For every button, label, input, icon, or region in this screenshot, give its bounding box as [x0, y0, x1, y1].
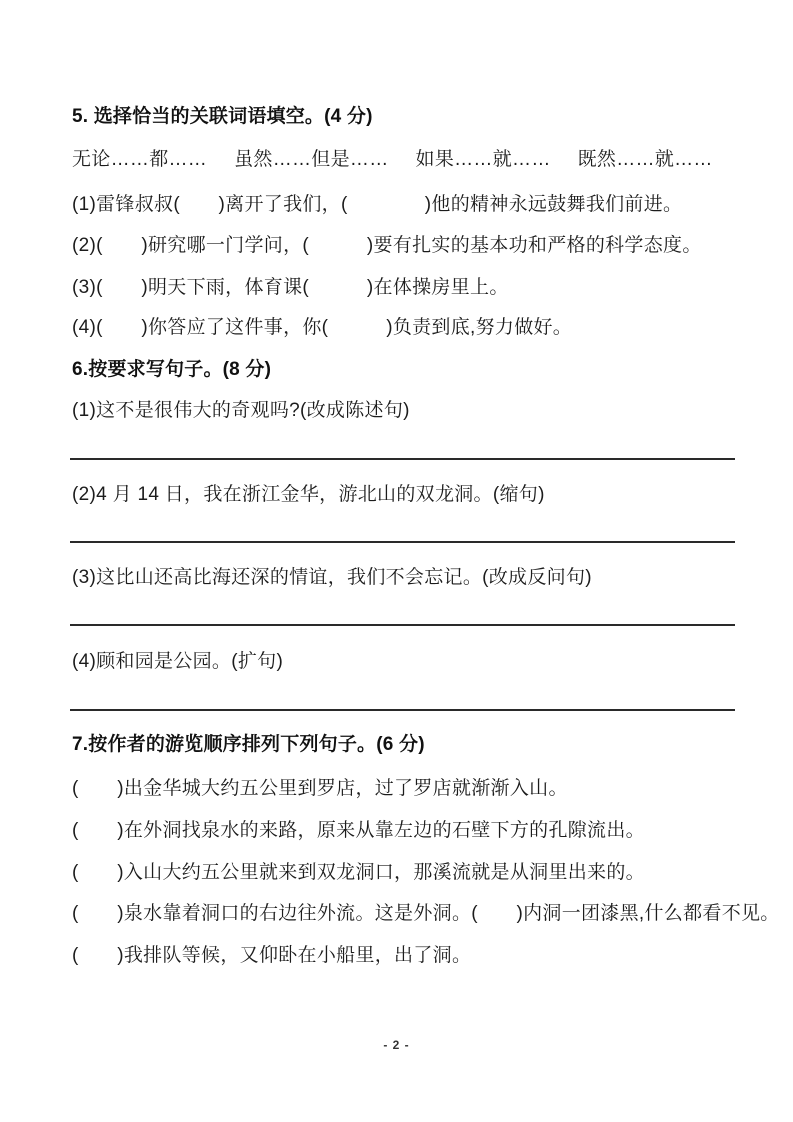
q6-item-2: (2)4 月 14 日，我在浙江金华，游北山的双龙洞。(缩句) — [72, 482, 545, 508]
answer-line-1 — [70, 458, 735, 460]
q7-item-1: ( )出金华城大约五公里到罗店，过了罗店就渐渐入山。 — [72, 776, 568, 802]
q5-item-4: (4)( )你答应了这件事，你( )负责到底,努力做好。 — [72, 315, 572, 341]
q7-item-5: ( )我排队等候，又仰卧在小船里，出了洞。 — [72, 943, 471, 969]
q5-item-2: (2)( )研究哪一门学问，( )要有扎实的基本功和严格的科学态度。 — [72, 233, 702, 259]
q5-word-bank: 无论……都…… 虽然……但是…… 如果……就…… 既然……就…… — [72, 147, 713, 173]
q7-item-3: ( )入山大约五公里就来到双龙洞口，那溪流就是从洞里出来的。 — [72, 860, 645, 886]
question-7-heading: 7.按作者的游览顺序排列下列句子。(6 分) — [72, 732, 425, 758]
question-6-heading: 6.按要求写句子。(8 分) — [72, 357, 271, 383]
q5-item-1: (1)雷锋叔叔( )离开了我们，( )他的精神永远鼓舞我们前进。 — [72, 192, 682, 218]
q7-item-2: ( )在外洞找泉水的来路，原来从靠左边的石壁下方的孔隙流出。 — [72, 818, 645, 844]
word-bank-pair-1: 无论……都…… — [72, 147, 207, 173]
answer-line-4 — [70, 709, 735, 711]
answer-line-2 — [70, 541, 735, 543]
q6-item-3: (3)这比山还高比海还深的情谊，我们不会忘记。(改成反问句) — [72, 565, 592, 591]
worksheet-page: 5. 选择恰当的关联词语填空。(4 分) 无论……都…… 虽然……但是…… 如果… — [0, 0, 793, 1122]
word-bank-pair-2: 虽然……但是…… — [234, 147, 388, 173]
answer-line-3 — [70, 624, 735, 626]
question-5-heading: 5. 选择恰当的关联词语填空。(4 分) — [72, 104, 373, 130]
q6-item-4: (4)顾和园是公园。(扩句) — [72, 649, 283, 675]
word-bank-pair-4: 既然……就…… — [578, 147, 713, 173]
page-number: - 2 - — [0, 1038, 793, 1052]
q5-item-3: (3)( )明天下雨，体育课( )在体操房里上。 — [72, 275, 509, 301]
q6-item-1: (1)这不是很伟大的奇观吗?(改成陈述句) — [72, 398, 410, 424]
q7-item-4: ( )泉水靠着洞口的右边往外流。这是外洞。( )内洞一团漆黑,什么都看不见。 — [72, 901, 780, 927]
word-bank-pair-3: 如果……就…… — [416, 147, 551, 173]
